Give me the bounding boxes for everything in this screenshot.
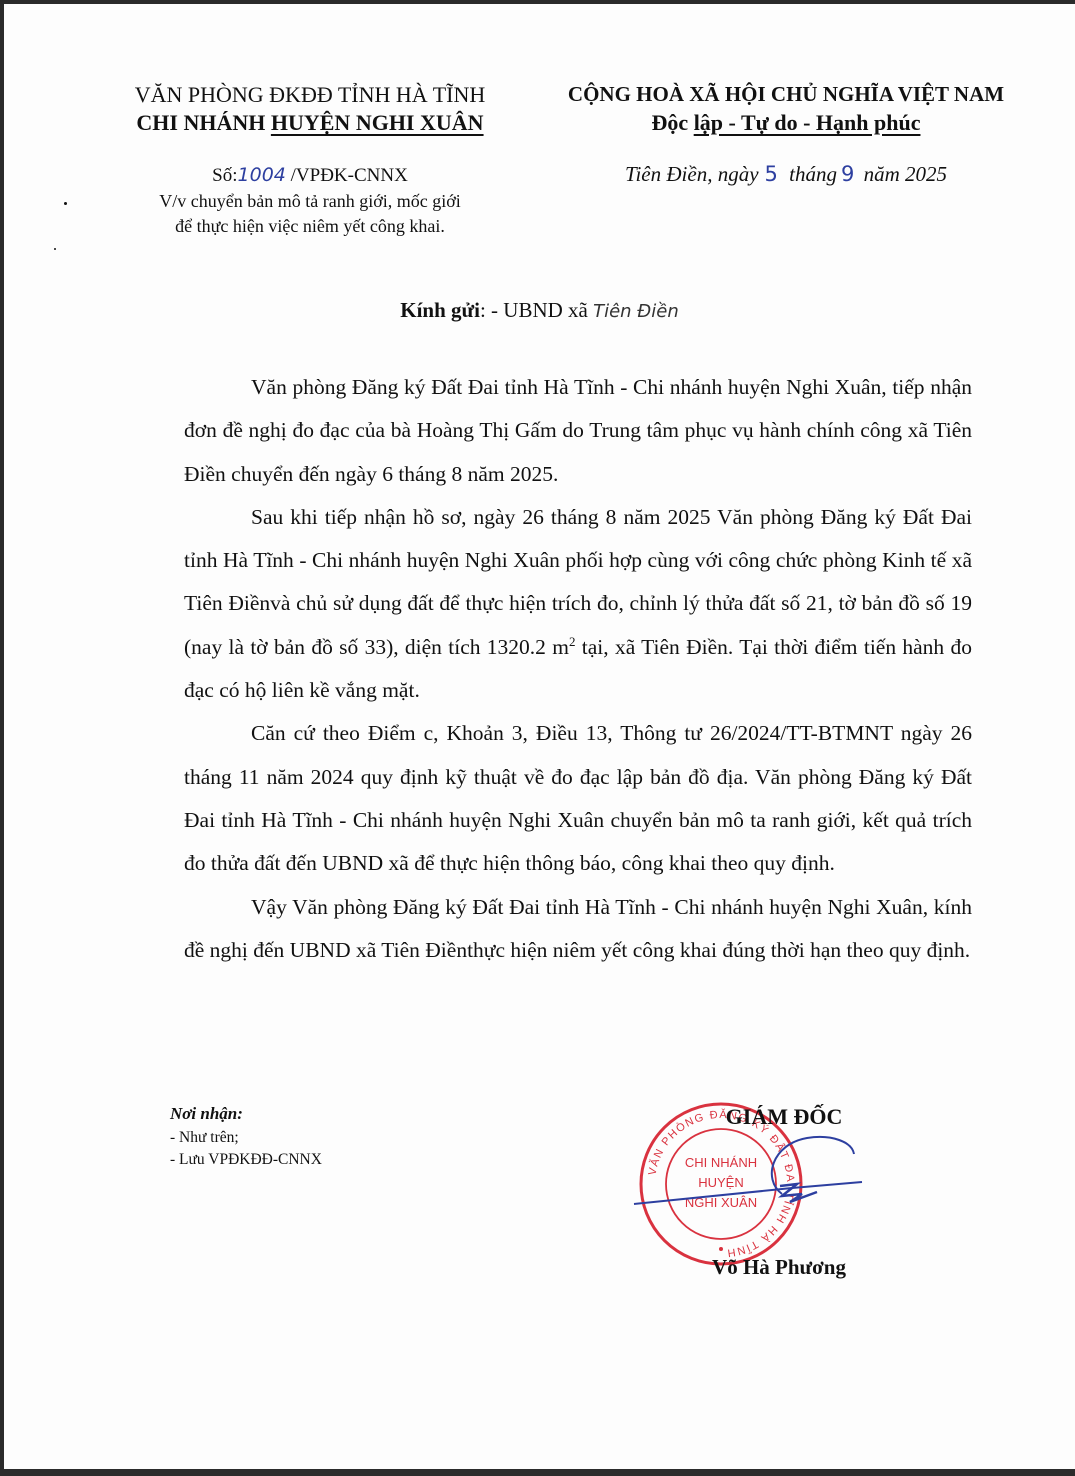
- motto-underlined: lập - Tự do - Hạnh phúc: [694, 110, 921, 135]
- recipient-label: Kính gửi: [400, 298, 480, 322]
- paragraph-2: Sau khi tiếp nhận hồ sơ, ngày 26 tháng 8…: [184, 496, 972, 712]
- recipients-item: - Như trên;: [170, 1129, 239, 1147]
- branch-prefix: CHI NHÁNH: [136, 110, 265, 135]
- number-handwritten: 1004: [238, 164, 286, 186]
- letter-body: Văn phòng Đăng ký Đất Đai tỉnh Hà Tĩnh -…: [184, 366, 972, 972]
- document-page: VĂN PHÒNG ĐKĐĐ TỈNH HÀ TĨNH CHI NHÁNH HU…: [4, 4, 1075, 1469]
- paragraph-1: Văn phòng Đăng ký Đất Đai tỉnh Hà Tĩnh -…: [184, 366, 972, 496]
- document-number: Số:1004 /VPĐK-CNNX: [100, 164, 520, 187]
- scan-speck: [64, 202, 67, 205]
- number-suffix: /VPĐK-CNNX: [291, 165, 408, 186]
- paragraph-3: Căn cứ theo Điểm c, Khoản 3, Điều 13, Th…: [184, 712, 972, 885]
- branch-name: CHI NHÁNH HUYỆN NGHI XUÂN: [100, 110, 520, 136]
- agency-name: VĂN PHÒNG ĐKĐĐ TỈNH HÀ TĨNH: [100, 82, 520, 108]
- recipient-line: Kính gửi: - UBND xã Tiên Điền: [4, 298, 1075, 323]
- date-month-label: tháng: [789, 162, 837, 186]
- signature-icon: [632, 1124, 872, 1214]
- scan-speck: [54, 248, 56, 250]
- date-place: Tiên Điền, ngày: [625, 162, 759, 186]
- number-label: Số:: [212, 165, 237, 186]
- paragraph-4: Vậy Văn phòng Đăng ký Đất Đai tỉnh Hà Tĩ…: [184, 886, 972, 973]
- recipient-handwritten: Tiên Điền: [593, 301, 679, 322]
- recipient-text: : - UBND xã: [480, 298, 588, 322]
- subject-line-2: để thực hiện việc niêm yết công khai.: [100, 216, 520, 237]
- recipients-title: Nơi nhận:: [170, 1104, 243, 1124]
- branch-underlined: HUYỆN NGHI XUÂN: [271, 110, 484, 135]
- date-line: Tiên Điền, ngày5 tháng9 năm 2025: [526, 162, 1046, 187]
- subject-line-1: V/v chuyển bản mô tả ranh giới, mốc giới: [100, 191, 520, 212]
- national-motto: Độc lập - Tự do - Hạnh phúc: [526, 110, 1046, 136]
- date-year: năm 2025: [864, 162, 947, 186]
- recipients-item: - Lưu VPĐKĐĐ-CNNX: [170, 1151, 322, 1169]
- signer-name: Võ Hà Phương: [694, 1255, 864, 1280]
- date-month: 9: [837, 162, 858, 186]
- country-name: CỘNG HOÀ XÃ HỘI CHỦ NGHĨA VIỆT NAM: [526, 82, 1046, 107]
- date-day: 5: [759, 162, 784, 186]
- motto-pre: Độc: [652, 110, 689, 135]
